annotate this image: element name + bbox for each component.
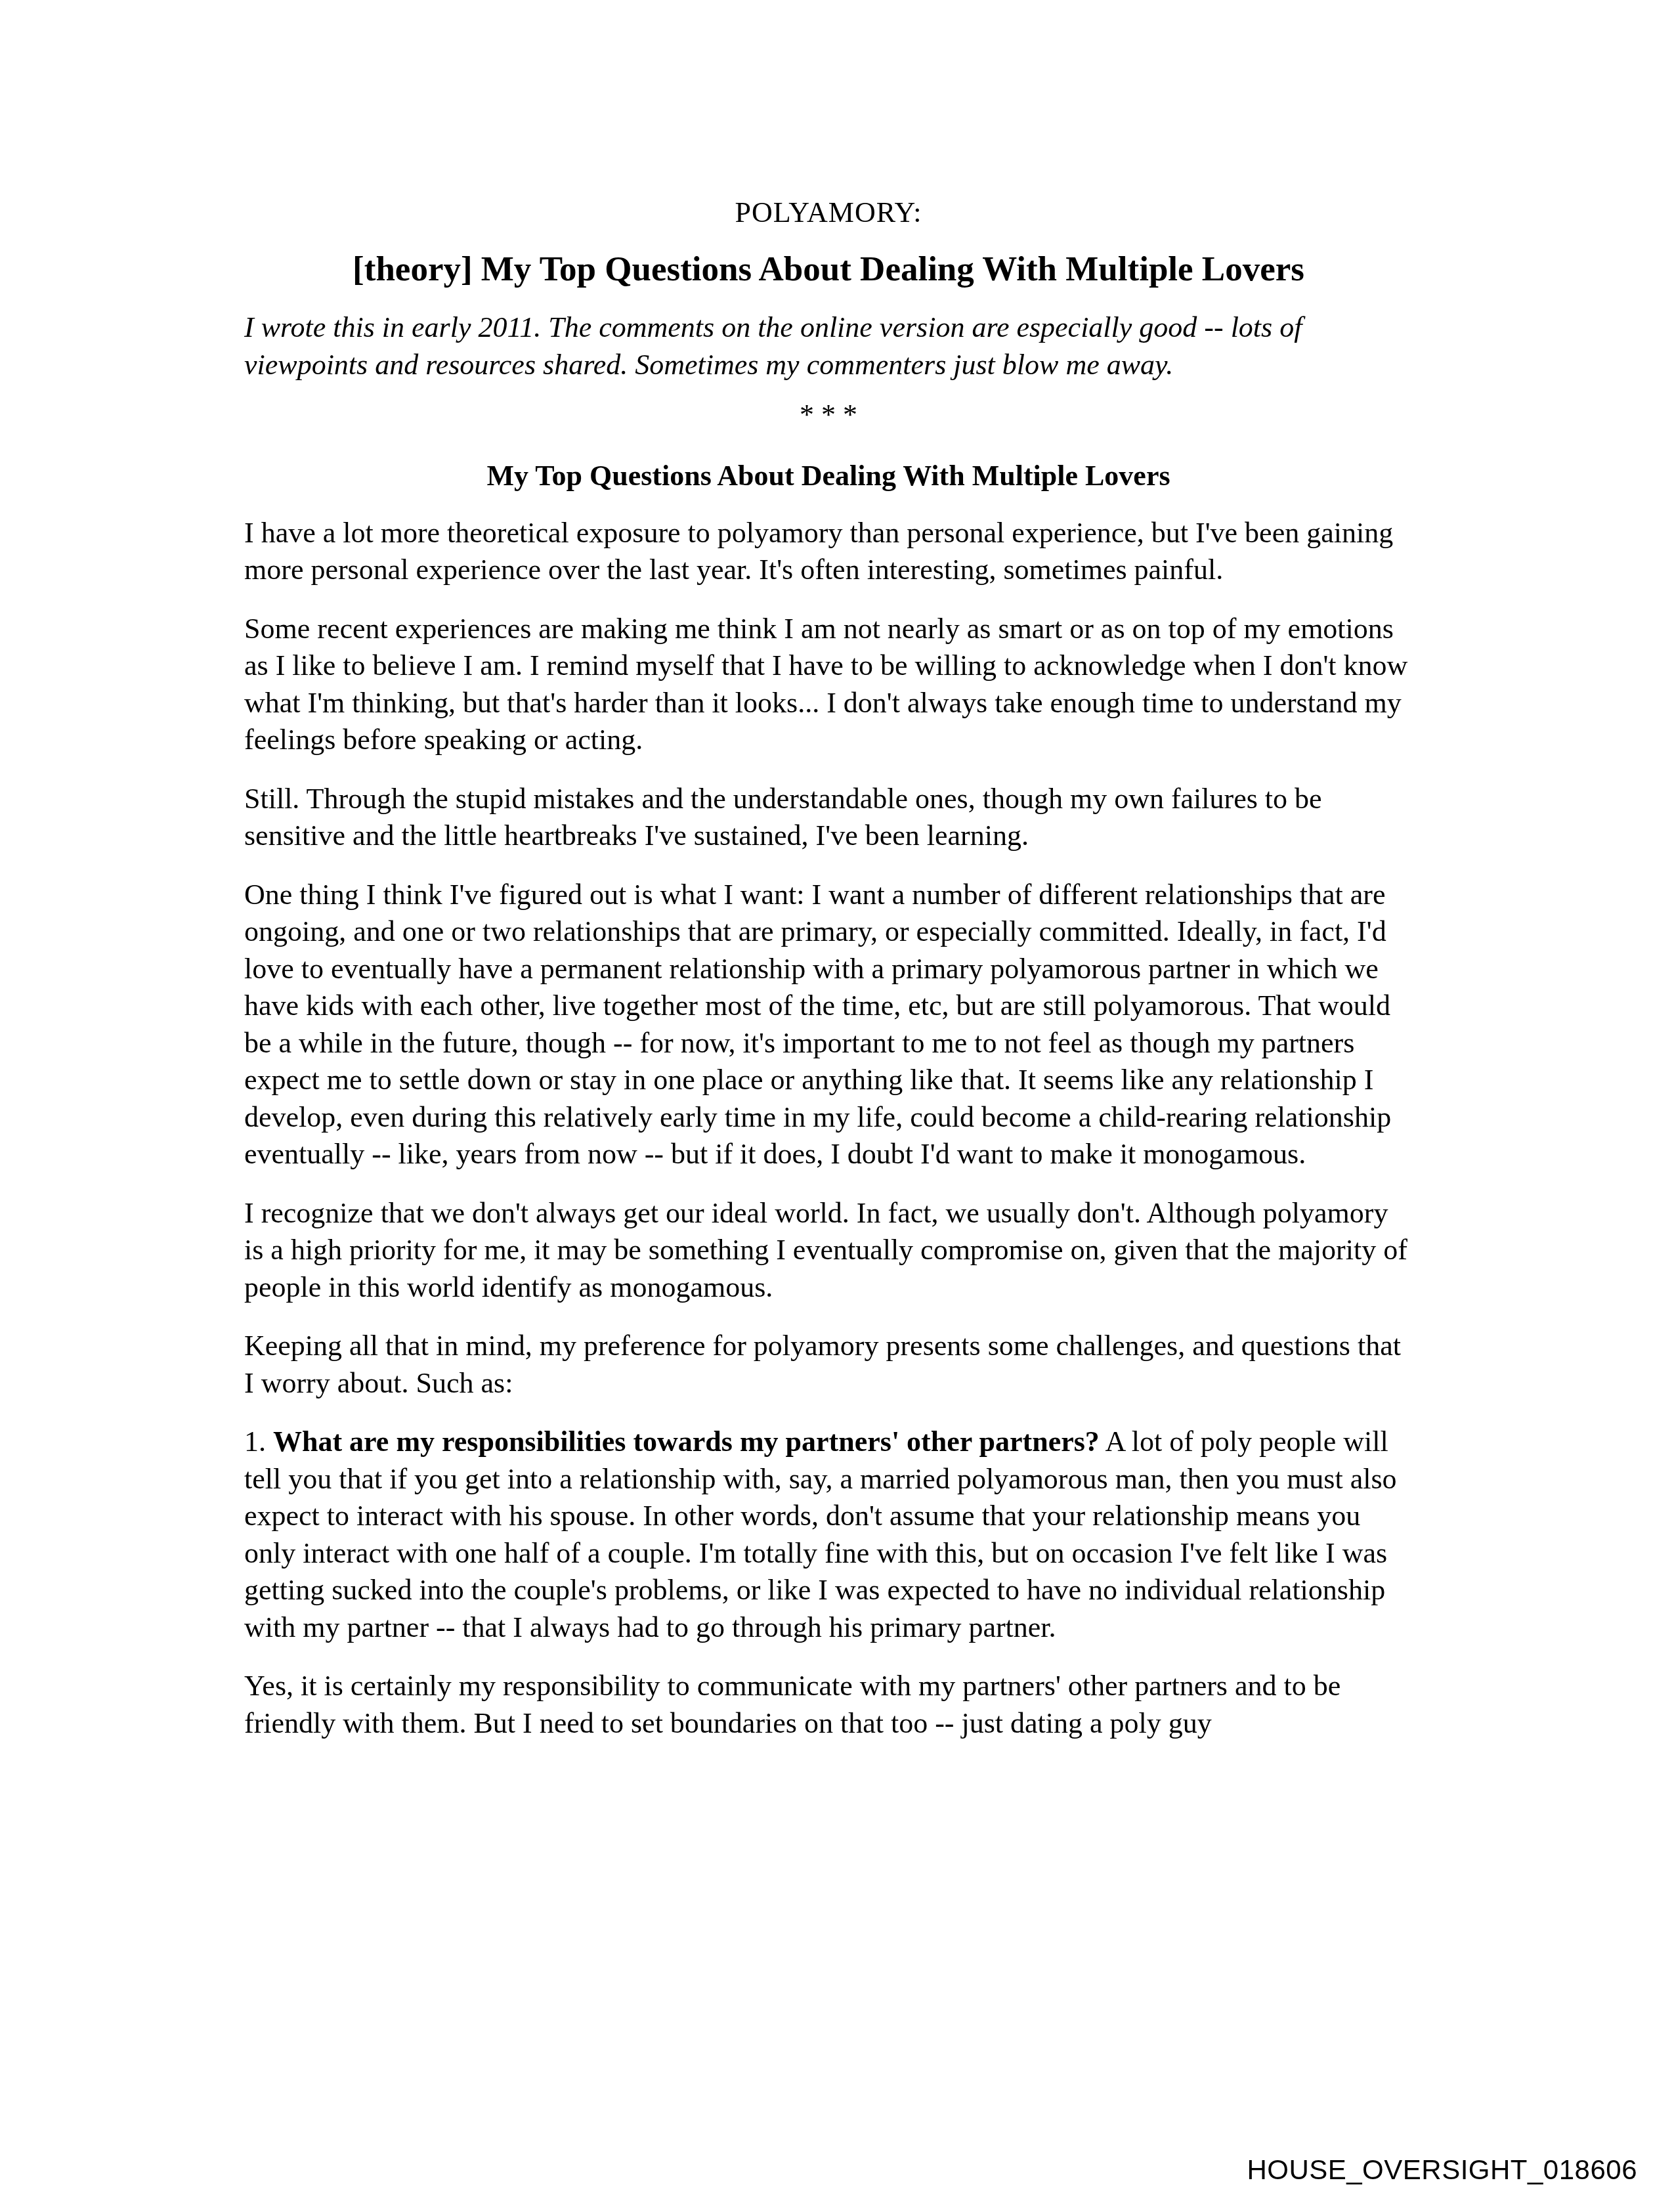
bates-number: HOUSE_OVERSIGHT_018606 [1247,2154,1637,2186]
question-body: A lot of poly people will tell you that … [244,1425,1397,1643]
body-paragraph: I recognize that we don't always get our… [244,1195,1413,1307]
document-page: POLYAMORY: [theory] My Top Questions Abo… [244,196,1413,1764]
body-paragraph: Some recent experiences are making me th… [244,611,1413,759]
body-paragraph: One thing I think I've figured out is wh… [244,877,1413,1173]
body-paragraph: Keeping all that in mind, my preference … [244,1328,1413,1402]
question-paragraph: 1. What are my responsibilities towards … [244,1423,1413,1646]
document-title: [theory] My Top Questions About Dealing … [244,249,1413,291]
question-number: 1. [244,1425,266,1458]
final-paragraph: Yes, it is certainly my responsibility t… [244,1668,1413,1742]
section-separator: * * * [244,398,1413,433]
question-heading: What are my responsibilities towards my … [273,1425,1100,1458]
body-paragraph: I have a lot more theoretical exposure t… [244,515,1413,589]
section-label: POLYAMORY: [244,196,1413,230]
body-paragraph: Still. Through the stupid mistakes and t… [244,781,1413,855]
intro-note: I wrote this in early 2011. The comments… [244,309,1413,383]
article-subheading: My Top Questions About Dealing With Mult… [244,459,1413,494]
